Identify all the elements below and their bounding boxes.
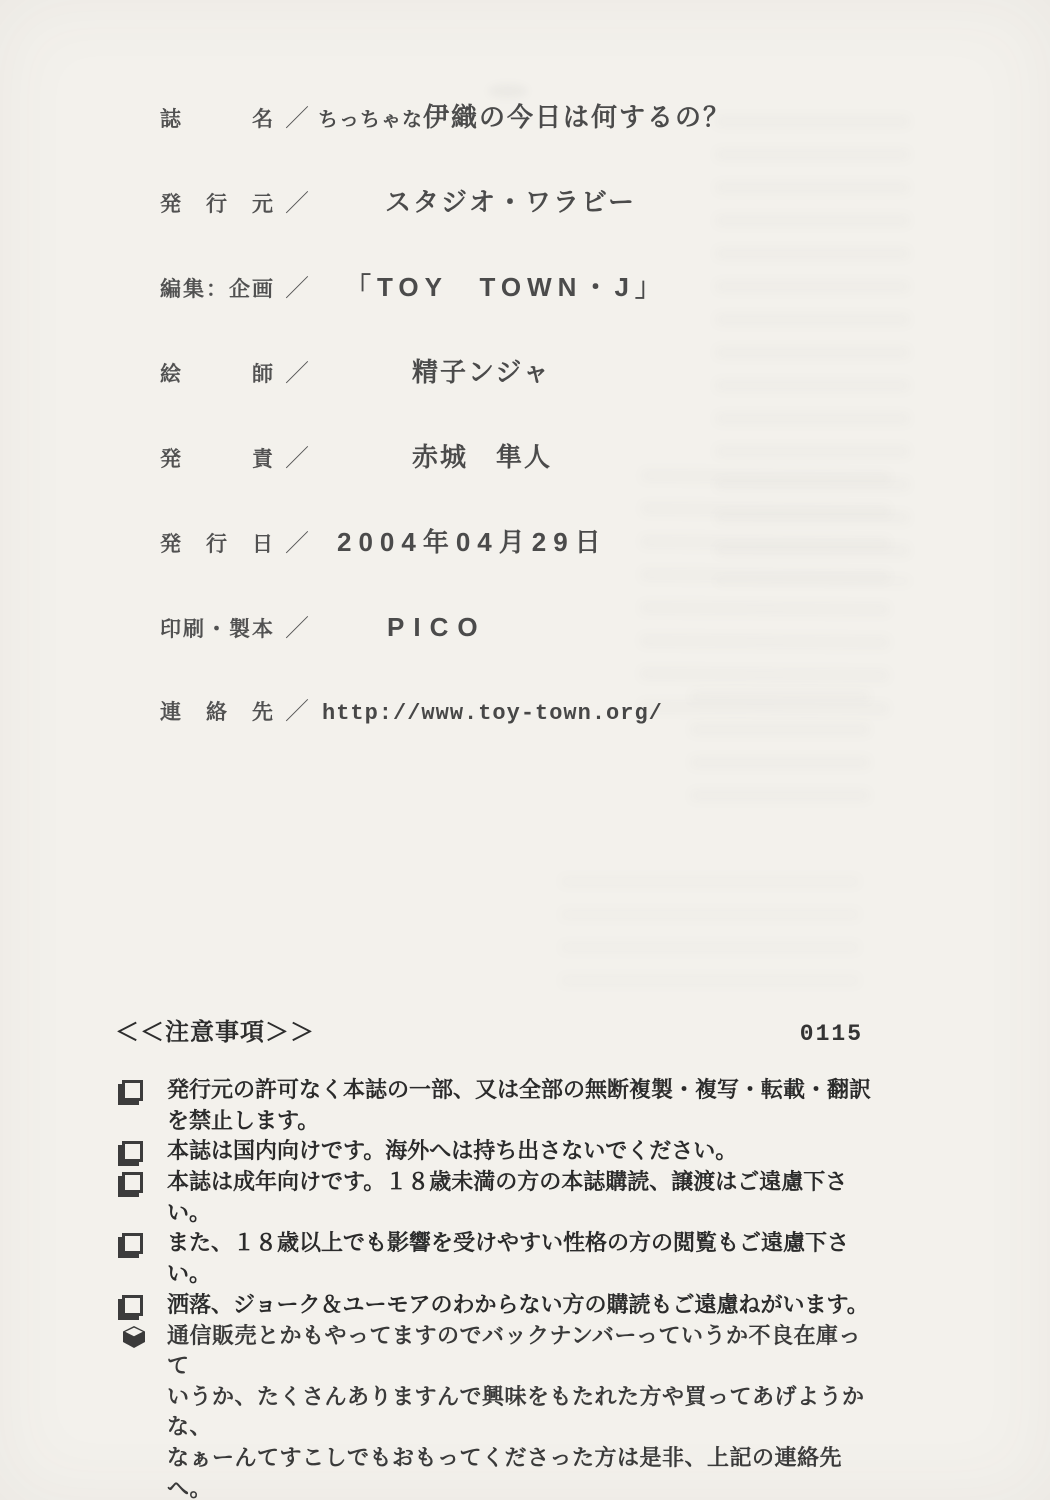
separator-slash: ／: [285, 527, 309, 561]
shadowed-square-icon: [115, 1290, 167, 1321]
shadowed-square-icon: [115, 1228, 167, 1259]
row-value: 「TOY TOWN・J」: [345, 270, 667, 304]
shadowed-square-icon: [115, 1167, 167, 1198]
row-label: 発責: [160, 443, 273, 477]
notices-section: ＜＜注意事項＞＞ 0115 発行元の許可なく本誌の一部、又は全部の無断複製・複写…: [115, 1012, 880, 1500]
smudge-artifact: [488, 84, 528, 98]
page-code: 0115: [800, 1021, 863, 1047]
separator-slash: ／: [285, 612, 309, 646]
notice-text: また、１８歳以上でも影響を受けやすい性格の方の閲覧もご遠慮下さい。: [167, 1228, 880, 1289]
list-item: また、１８歳以上でも影響を受けやすい性格の方の閲覧もご遠慮下さい。: [115, 1228, 880, 1289]
row-label: 誌名: [160, 103, 273, 137]
colophon-section: 誌名 ／ ちっちゃな伊織の今日は何するの？ 発行元 ／ スタジオ・ワラビー 編集…: [160, 100, 920, 779]
separator-slash: ／: [285, 357, 309, 391]
colophon-row-publisher: 発行元 ／ スタジオ・ワラビー: [160, 185, 920, 222]
separator-slash: ／: [285, 442, 309, 476]
row-label: 発行元: [160, 188, 273, 222]
colophon-row-editing: 編集：企画 ／ 「TOY TOWN・J」: [160, 270, 920, 307]
title-small-kana: ちっちゃな: [318, 109, 423, 131]
separator-slash: ／: [285, 187, 309, 221]
row-label: 印刷・製本: [160, 613, 273, 647]
contact-url: http://www.toy-town.org/: [322, 697, 663, 731]
colophon-row-title: 誌名 ／ ちっちゃな伊織の今日は何するの？: [160, 100, 920, 137]
list-item: 発行元の許可なく本誌の一部、又は全部の無断複製・複写・転載・翻訳 を禁止します。: [115, 1075, 880, 1136]
row-value: ちっちゃな伊織の今日は何するの？: [318, 100, 731, 137]
mail-order-text: 通信販売とかもやってますのでバックナンバーっていうか不良在庫って いうか、たくさ…: [167, 1321, 880, 1500]
list-item: 本誌は成年向けです。１８歳未満の方の本誌購読、譲渡はご遠慮下さい。: [115, 1167, 880, 1228]
notice-text: 本誌は国内向けです。海外へは持ち出さないでください。: [167, 1136, 880, 1167]
notice-text: 洒落、ジョーク＆ユーモアのわからない方の購読もご遠慮ねがいます。: [167, 1290, 880, 1321]
row-value: スタジオ・ワラビー: [385, 185, 636, 219]
row-value: 2004年04月29日: [337, 525, 608, 559]
cube-icon: [115, 1321, 167, 1353]
notice-text: 本誌は成年向けです。１８歳未満の方の本誌購読、譲渡はご遠慮下さい。: [167, 1167, 880, 1228]
title-main: 伊織の今日は何するの？: [423, 102, 731, 132]
shadowed-square-icon: [115, 1136, 167, 1167]
notices-list: 発行元の許可なく本誌の一部、又は全部の無断複製・複写・転載・翻訳 を禁止します。…: [115, 1075, 880, 1500]
row-label: 発行日: [160, 528, 273, 562]
separator-slash: ／: [285, 695, 309, 729]
row-label: 編集：企画: [160, 273, 273, 307]
row-value: 赤城 隼人: [412, 440, 552, 474]
row-value: PICO: [387, 610, 487, 644]
scanned-colophon-page: 誌名 ／ ちっちゃな伊織の今日は何するの？ 発行元 ／ スタジオ・ワラビー 編集…: [0, 0, 1050, 1500]
colophon-row-date: 発行日 ／ 2004年04月29日: [160, 525, 920, 562]
notice-text: 発行元の許可なく本誌の一部、又は全部の無断複製・複写・転載・翻訳 を禁止します。: [167, 1075, 880, 1136]
notices-header: ＜＜注意事項＞＞ 0115: [115, 1012, 863, 1047]
list-item: 本誌は国内向けです。海外へは持ち出さないでください。: [115, 1136, 880, 1167]
row-value: 精子ンジャ: [412, 355, 551, 389]
list-item: 洒落、ジョーク＆ユーモアのわからない方の購読もご遠慮ねがいます。: [115, 1290, 880, 1321]
notices-heading: ＜＜注意事項＞＞: [115, 1012, 315, 1047]
separator-slash: ／: [285, 102, 309, 136]
separator-slash: ／: [285, 272, 309, 306]
colophon-row-contact: 連絡先 ／ http://www.toy-town.org/: [160, 695, 920, 731]
bleedthrough-artifact: [560, 875, 860, 1005]
list-item: 通信販売とかもやってますのでバックナンバーっていうか不良在庫って いうか、たくさ…: [115, 1321, 880, 1500]
colophon-row-printing: 印刷・製本 ／ PICO: [160, 610, 920, 647]
colophon-row-artist: 絵師 ／ 精子ンジャ: [160, 355, 920, 392]
shadowed-square-icon: [115, 1075, 167, 1106]
colophon-row-responsible: 発責 ／ 赤城 隼人: [160, 440, 920, 477]
row-label: 連絡先: [160, 696, 273, 730]
row-label: 絵師: [160, 358, 273, 392]
